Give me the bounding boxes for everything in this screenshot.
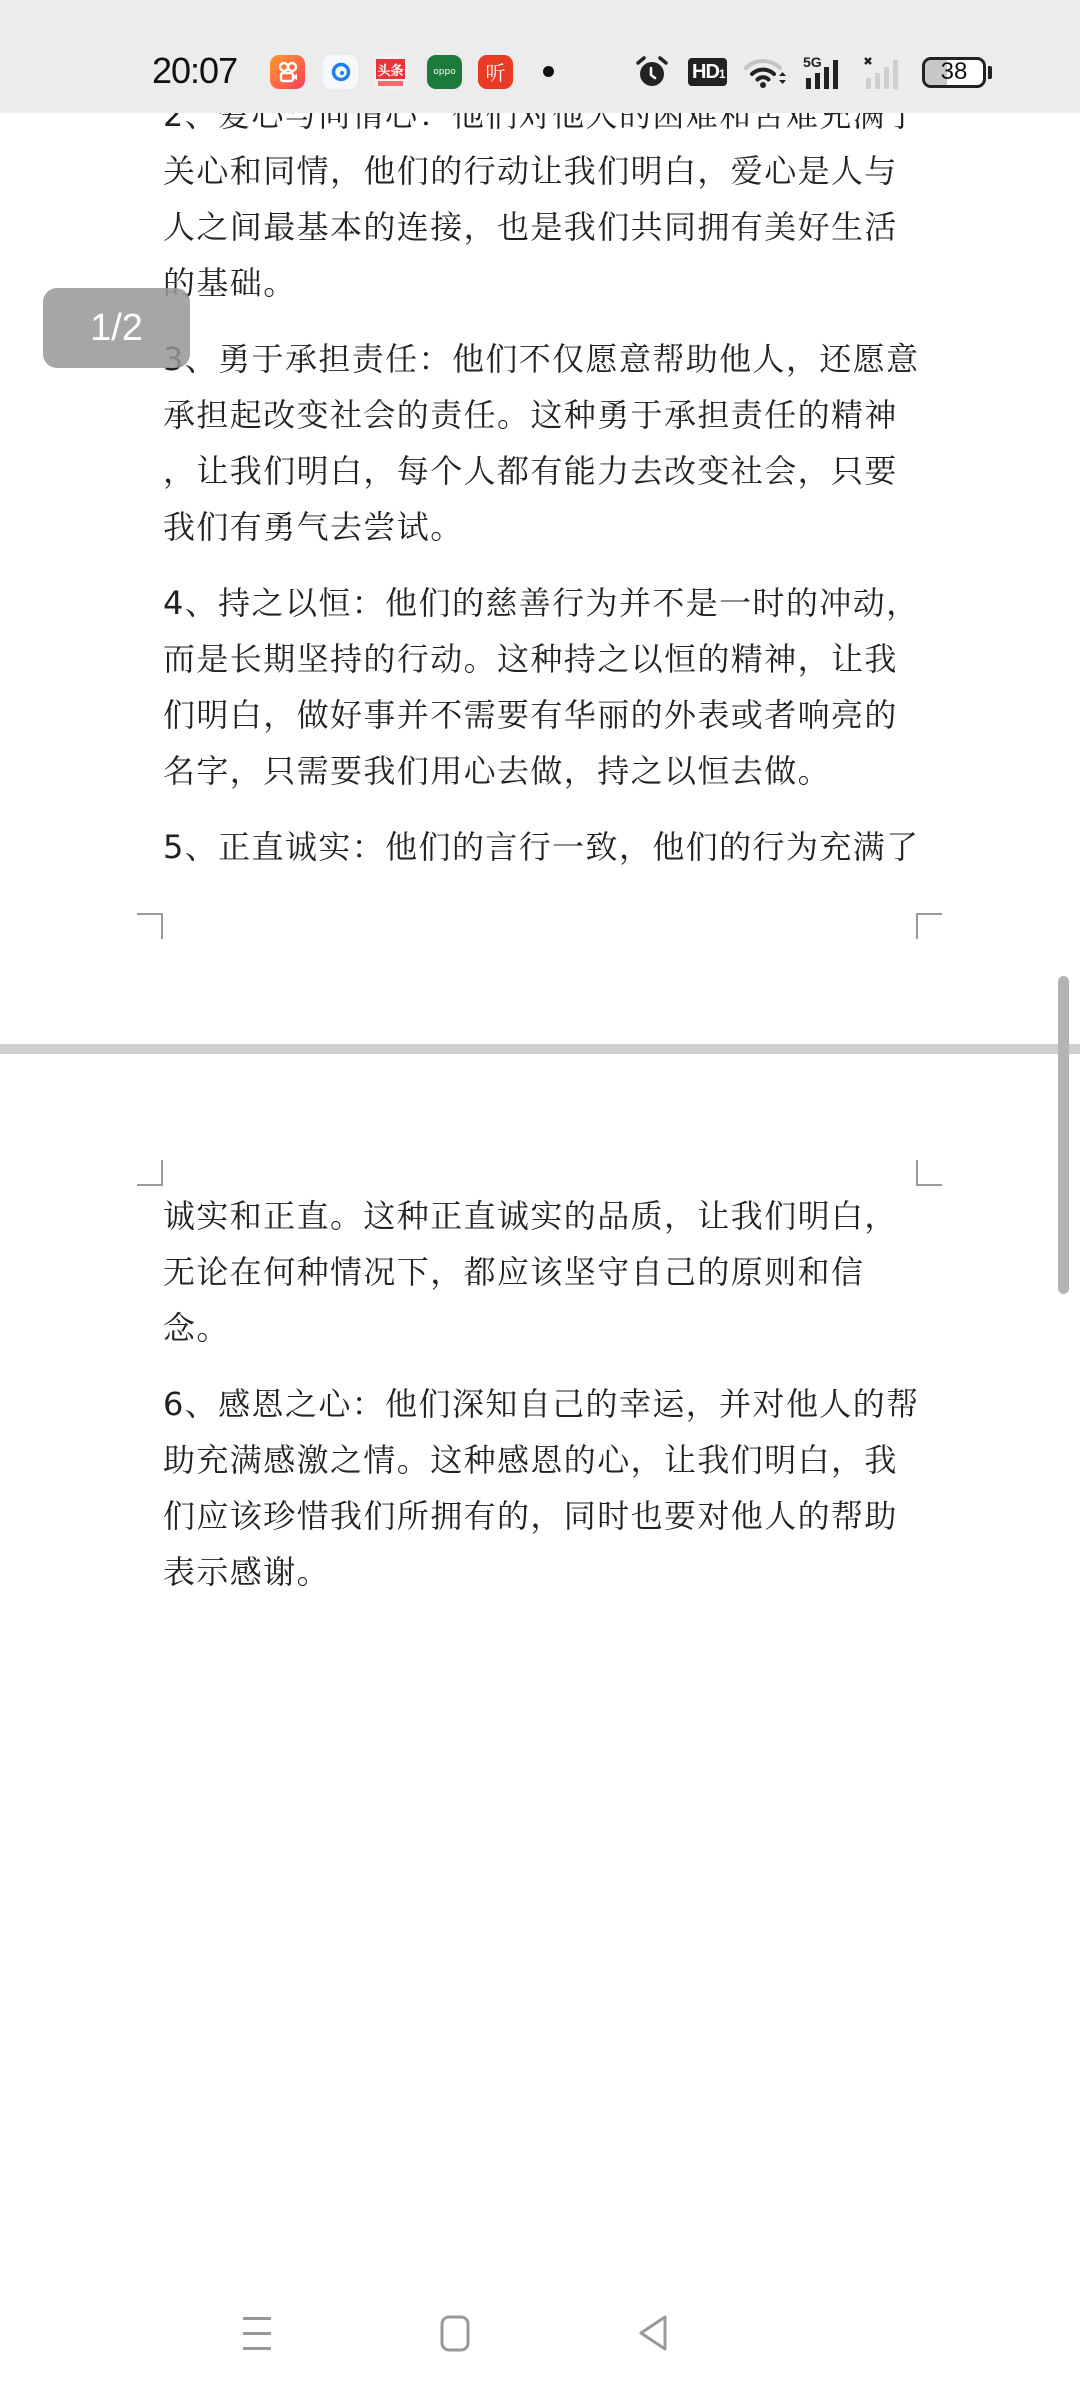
text-line: 关心和同情，他们的行动让我们明白，爱心是人与 [163, 151, 898, 191]
alarm-icon [634, 54, 670, 90]
text-line: 诚实和正直。这种正直诚实的品质，让我们明白， [163, 1196, 898, 1236]
oppo-app-icon: oppo [427, 55, 462, 89]
text-line: 人之间最基本的连接，也是我们共同拥有美好生活 [163, 207, 898, 247]
battery-percent: 38 [925, 58, 983, 86]
hd-sub-label: 1 [719, 67, 725, 81]
text-line: ，让我们明白，每个人都有能力去改变社会，只要 [163, 451, 898, 491]
wifi-icon [744, 54, 788, 90]
status-bar: 20:07 头条 oppo 听 HD1 5G [0, 0, 1080, 113]
toutiao-app-icon: 头条 [373, 55, 408, 89]
text-line: 们明白，做好事并不需要有华丽的外表或者响亮的 [163, 695, 898, 735]
text-line: 4、持之以恒：他们的慈善行为并不是一时的冲动， [163, 583, 920, 623]
page-corner-mark [916, 1160, 942, 1186]
page-corner-mark [137, 913, 163, 939]
signal-nosim-icon [863, 54, 909, 90]
text-line: 表示感谢。 [163, 1552, 330, 1592]
text-line: 承担起改变社会的责任。这种勇于承担责任的精神 [163, 395, 898, 435]
home-button[interactable] [420, 2300, 490, 2366]
page-corner-mark [916, 913, 942, 939]
svg-text:5G: 5G [803, 54, 822, 70]
kuaishou-app-icon [270, 55, 305, 89]
text-line: 名字，只需要我们用心去做，持之以恒去做。 [163, 751, 831, 791]
page-separator [0, 1044, 1080, 1054]
text-line: 6、感恩之心：他们深知自己的幸运，并对他人的帮 [163, 1384, 920, 1424]
vertical-scrollbar[interactable] [1058, 976, 1069, 1294]
home-square-icon [439, 2313, 471, 2353]
text-line: 3、勇于承担责任：他们不仅愿意帮助他人，还愿意 [163, 339, 920, 379]
back-button[interactable] [618, 2300, 688, 2366]
more-notifications-dot [543, 66, 554, 77]
text-line: 无论在何种情况下，都应该坚守自己的原则和信 [163, 1252, 864, 1292]
text-line: 们应该珍惜我们所拥有的，同时也要对他人的帮助 [163, 1496, 898, 1536]
ting-app-icon: 听 [478, 55, 513, 89]
hd-label: HD [692, 61, 719, 83]
signal-5g-icon: 5G [803, 54, 849, 90]
page-corner-mark [137, 1160, 163, 1186]
text-line: 助充满感激之情。这种感恩的心，让我们明白，我 [163, 1440, 898, 1480]
back-triangle-icon [637, 2313, 669, 2353]
text-line: 念。 [163, 1308, 230, 1348]
battery-tip [988, 66, 992, 79]
menu-icon [242, 2313, 272, 2353]
page-indicator-badge: 1/2 [43, 288, 190, 368]
hd1-icon: HD1 [688, 58, 727, 86]
status-time: 20:07 [152, 50, 237, 92]
text-line: 而是长期坚持的行动。这种持之以恒的精神，让我 [163, 639, 898, 679]
blue-circle-app-icon [323, 55, 358, 89]
battery-icon: 38 [922, 57, 986, 88]
text-line: 5、正直诚实：他们的言行一致，他们的行为充满了 [163, 827, 920, 867]
text-line: 我们有勇气去尝试。 [163, 507, 464, 547]
recent-apps-button[interactable] [222, 2300, 292, 2366]
